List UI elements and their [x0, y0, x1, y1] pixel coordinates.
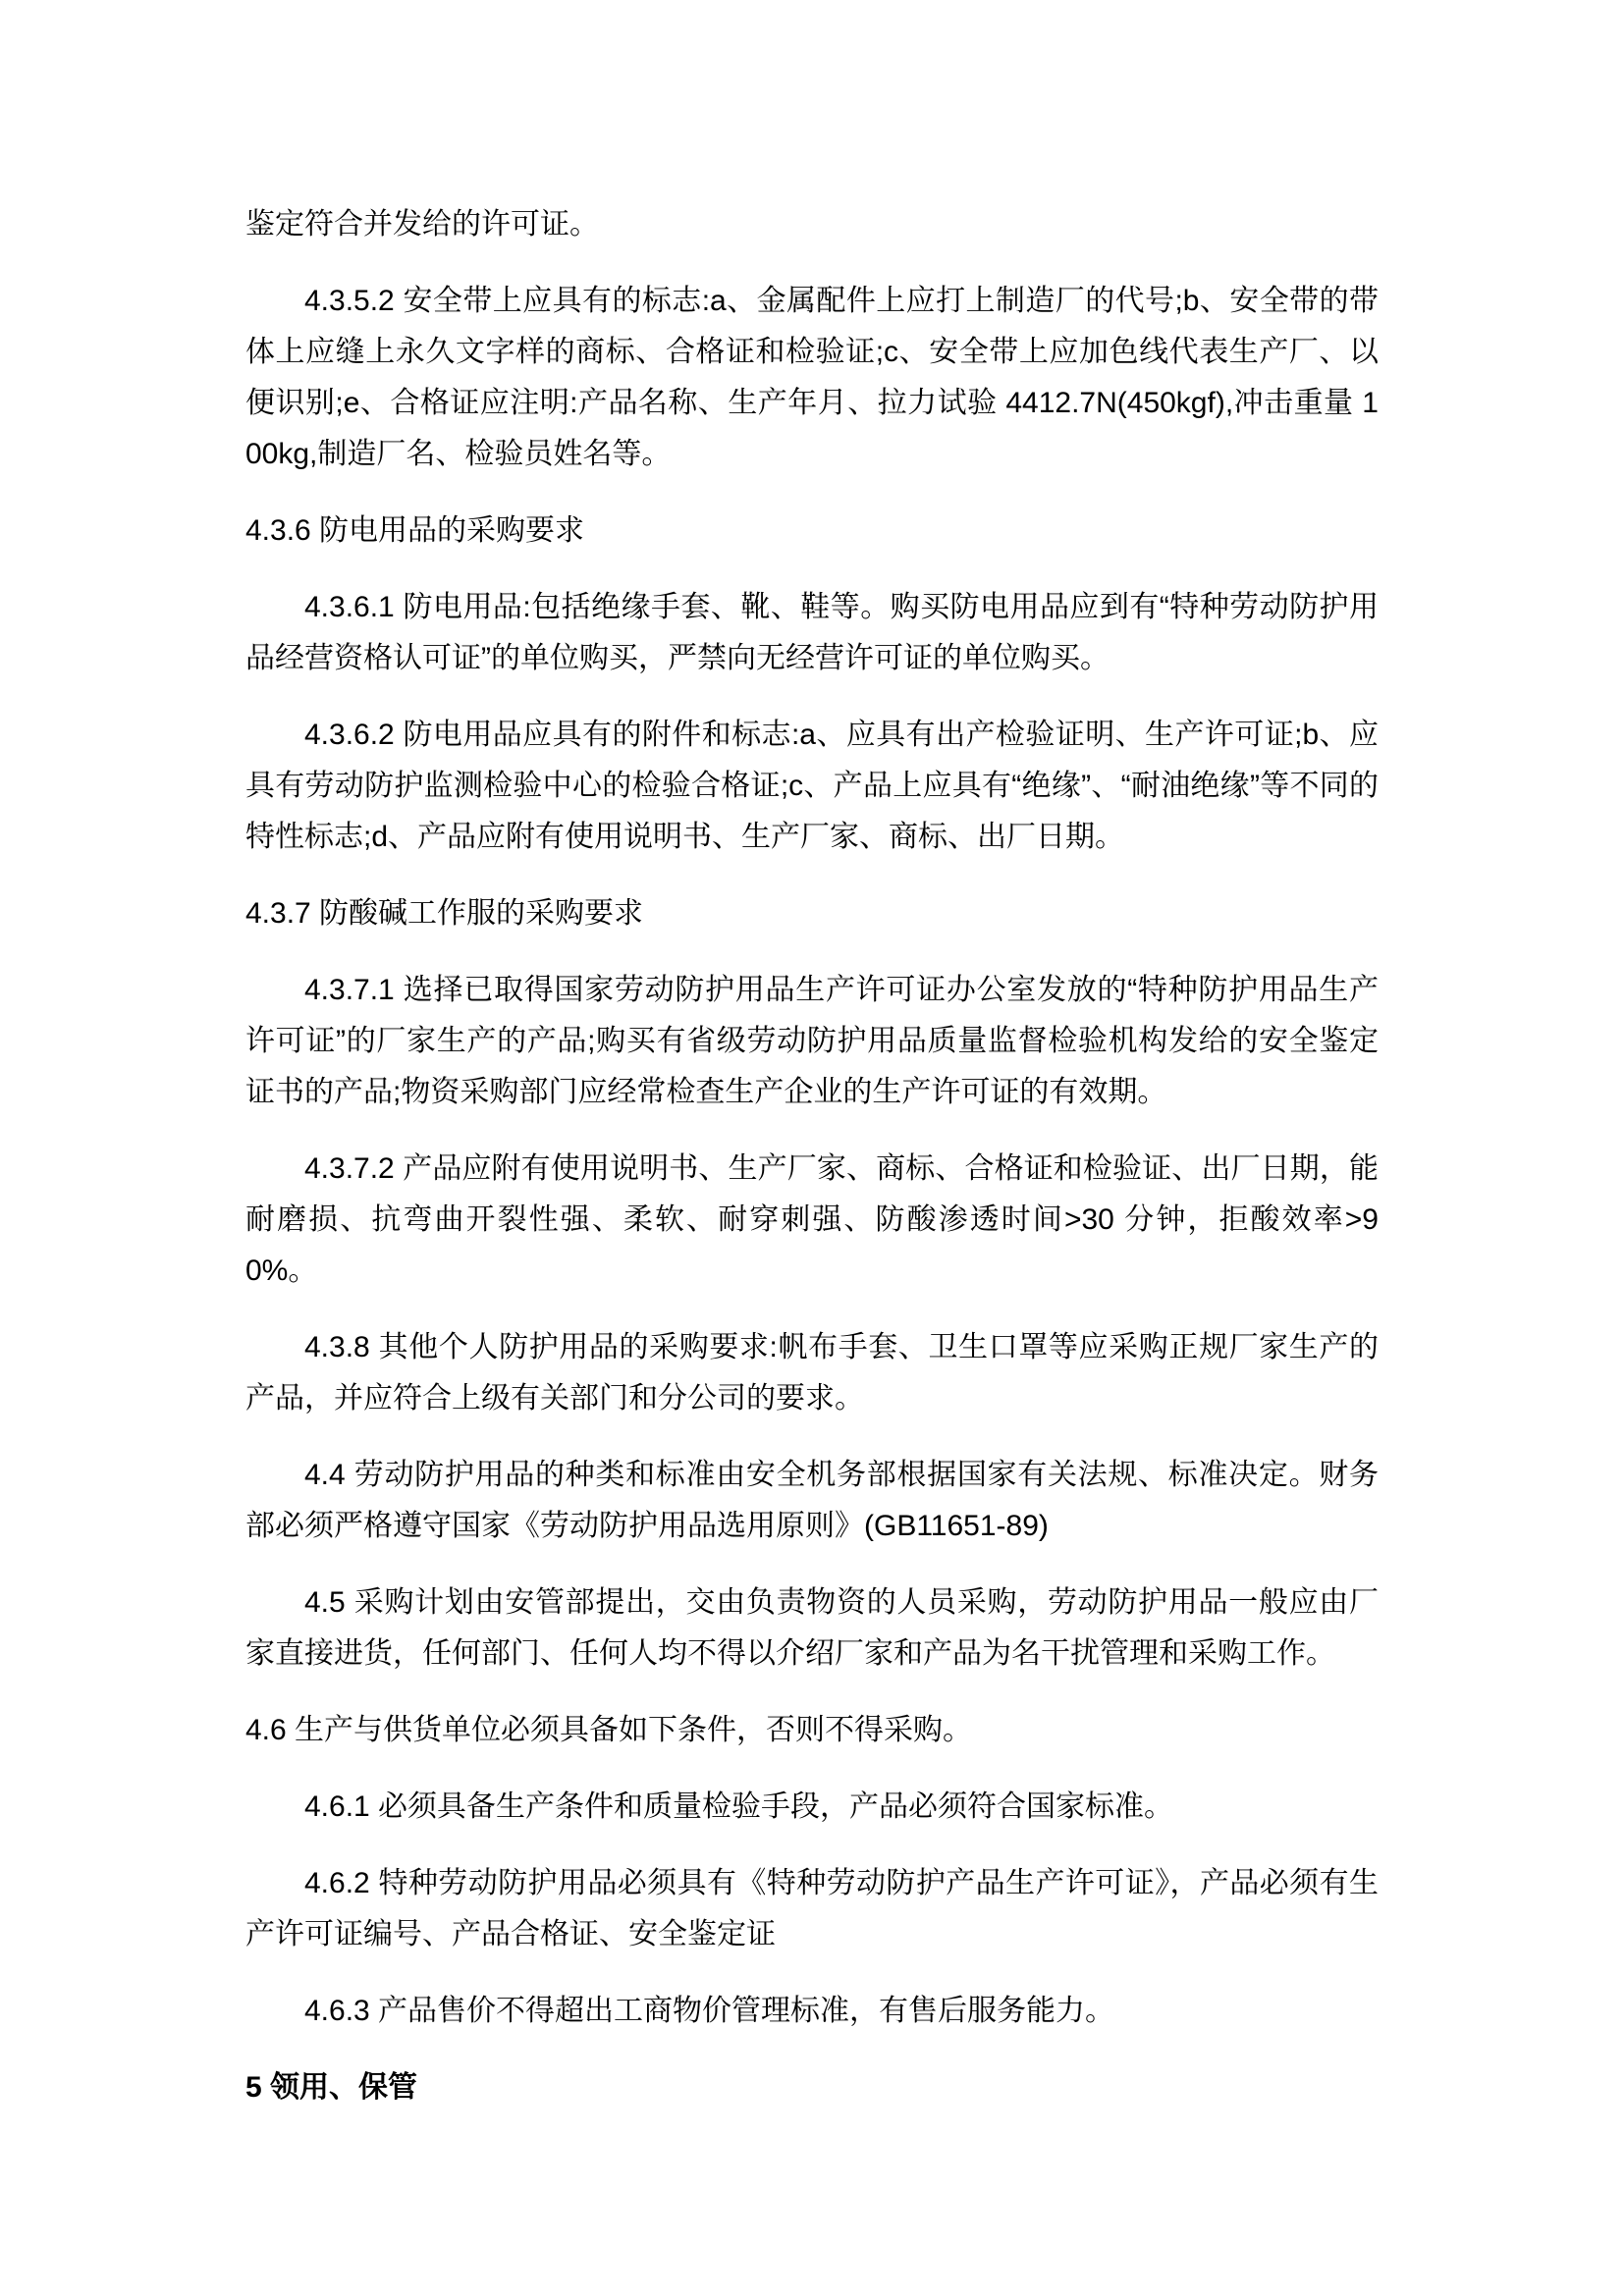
heading-5-collection-storage: 5 领用、保管 — [245, 2062, 1379, 2113]
paragraph-4-6-2: 4.6.2 特种劳动防护用品必须具有《特种劳动防护产品生产许可证》，产品必须有生… — [245, 1858, 1379, 1960]
paragraph-4-3-8: 4.3.8 其他个人防护用品的采购要求:帆布手套、卫生口罩等应采购正规厂家生产的… — [245, 1322, 1379, 1424]
document-page: 鉴定符合并发给的许可证。 4.3.5.2 安全带上应具有的标志:a、金属配件上应… — [0, 0, 1624, 2296]
paragraph-4-3-5-2: 4.3.5.2 安全带上应具有的标志:a、金属配件上应打上制造厂的代号;b、安全… — [245, 276, 1379, 480]
paragraph-4-3-6-2: 4.3.6.2 防电用品应具有的附件和标志:a、应具有出产检验证明、生产许可证;… — [245, 710, 1379, 863]
heading-4-3-7: 4.3.7 防酸碱工作服的采购要求 — [245, 888, 1379, 939]
paragraph-4-4: 4.4 劳动防护用品的种类和标准由安全机务部根据国家有关法规、标准决定。财务部必… — [245, 1450, 1379, 1552]
paragraph-4-6-3: 4.6.3 产品售价不得超出工商物价管理标准，有售后服务能力。 — [245, 1986, 1379, 2037]
paragraph-4-3-6-1: 4.3.6.1 防电用品:包括绝缘手套、靴、鞋等。购买防电用品应到有“特种劳动防… — [245, 582, 1379, 684]
paragraph-continuation: 鉴定符合并发给的许可证。 — [245, 199, 1379, 250]
heading-4-6: 4.6 生产与供货单位必须具备如下条件，否则不得采购。 — [245, 1705, 1379, 1756]
paragraph-4-3-7-2: 4.3.7.2 产品应附有使用说明书、生产厂家、商标、合格证和检验证、出厂日期，… — [245, 1144, 1379, 1297]
paragraph-4-5: 4.5 采购计划由安管部提出，交由负责物资的人员采购，劳动防护用品一般应由厂家直… — [245, 1577, 1379, 1680]
heading-4-3-6: 4.3.6 防电用品的采购要求 — [245, 506, 1379, 557]
document-body: 鉴定符合并发给的许可证。 4.3.5.2 安全带上应具有的标志:a、金属配件上应… — [245, 199, 1379, 2113]
paragraph-4-6-1: 4.6.1 必须具备生产条件和质量检验手段，产品必须符合国家标准。 — [245, 1782, 1379, 1833]
paragraph-4-3-7-1: 4.3.7.1 选择已取得国家劳动防护用品生产许可证办公室发放的“特种防护用品生… — [245, 965, 1379, 1118]
